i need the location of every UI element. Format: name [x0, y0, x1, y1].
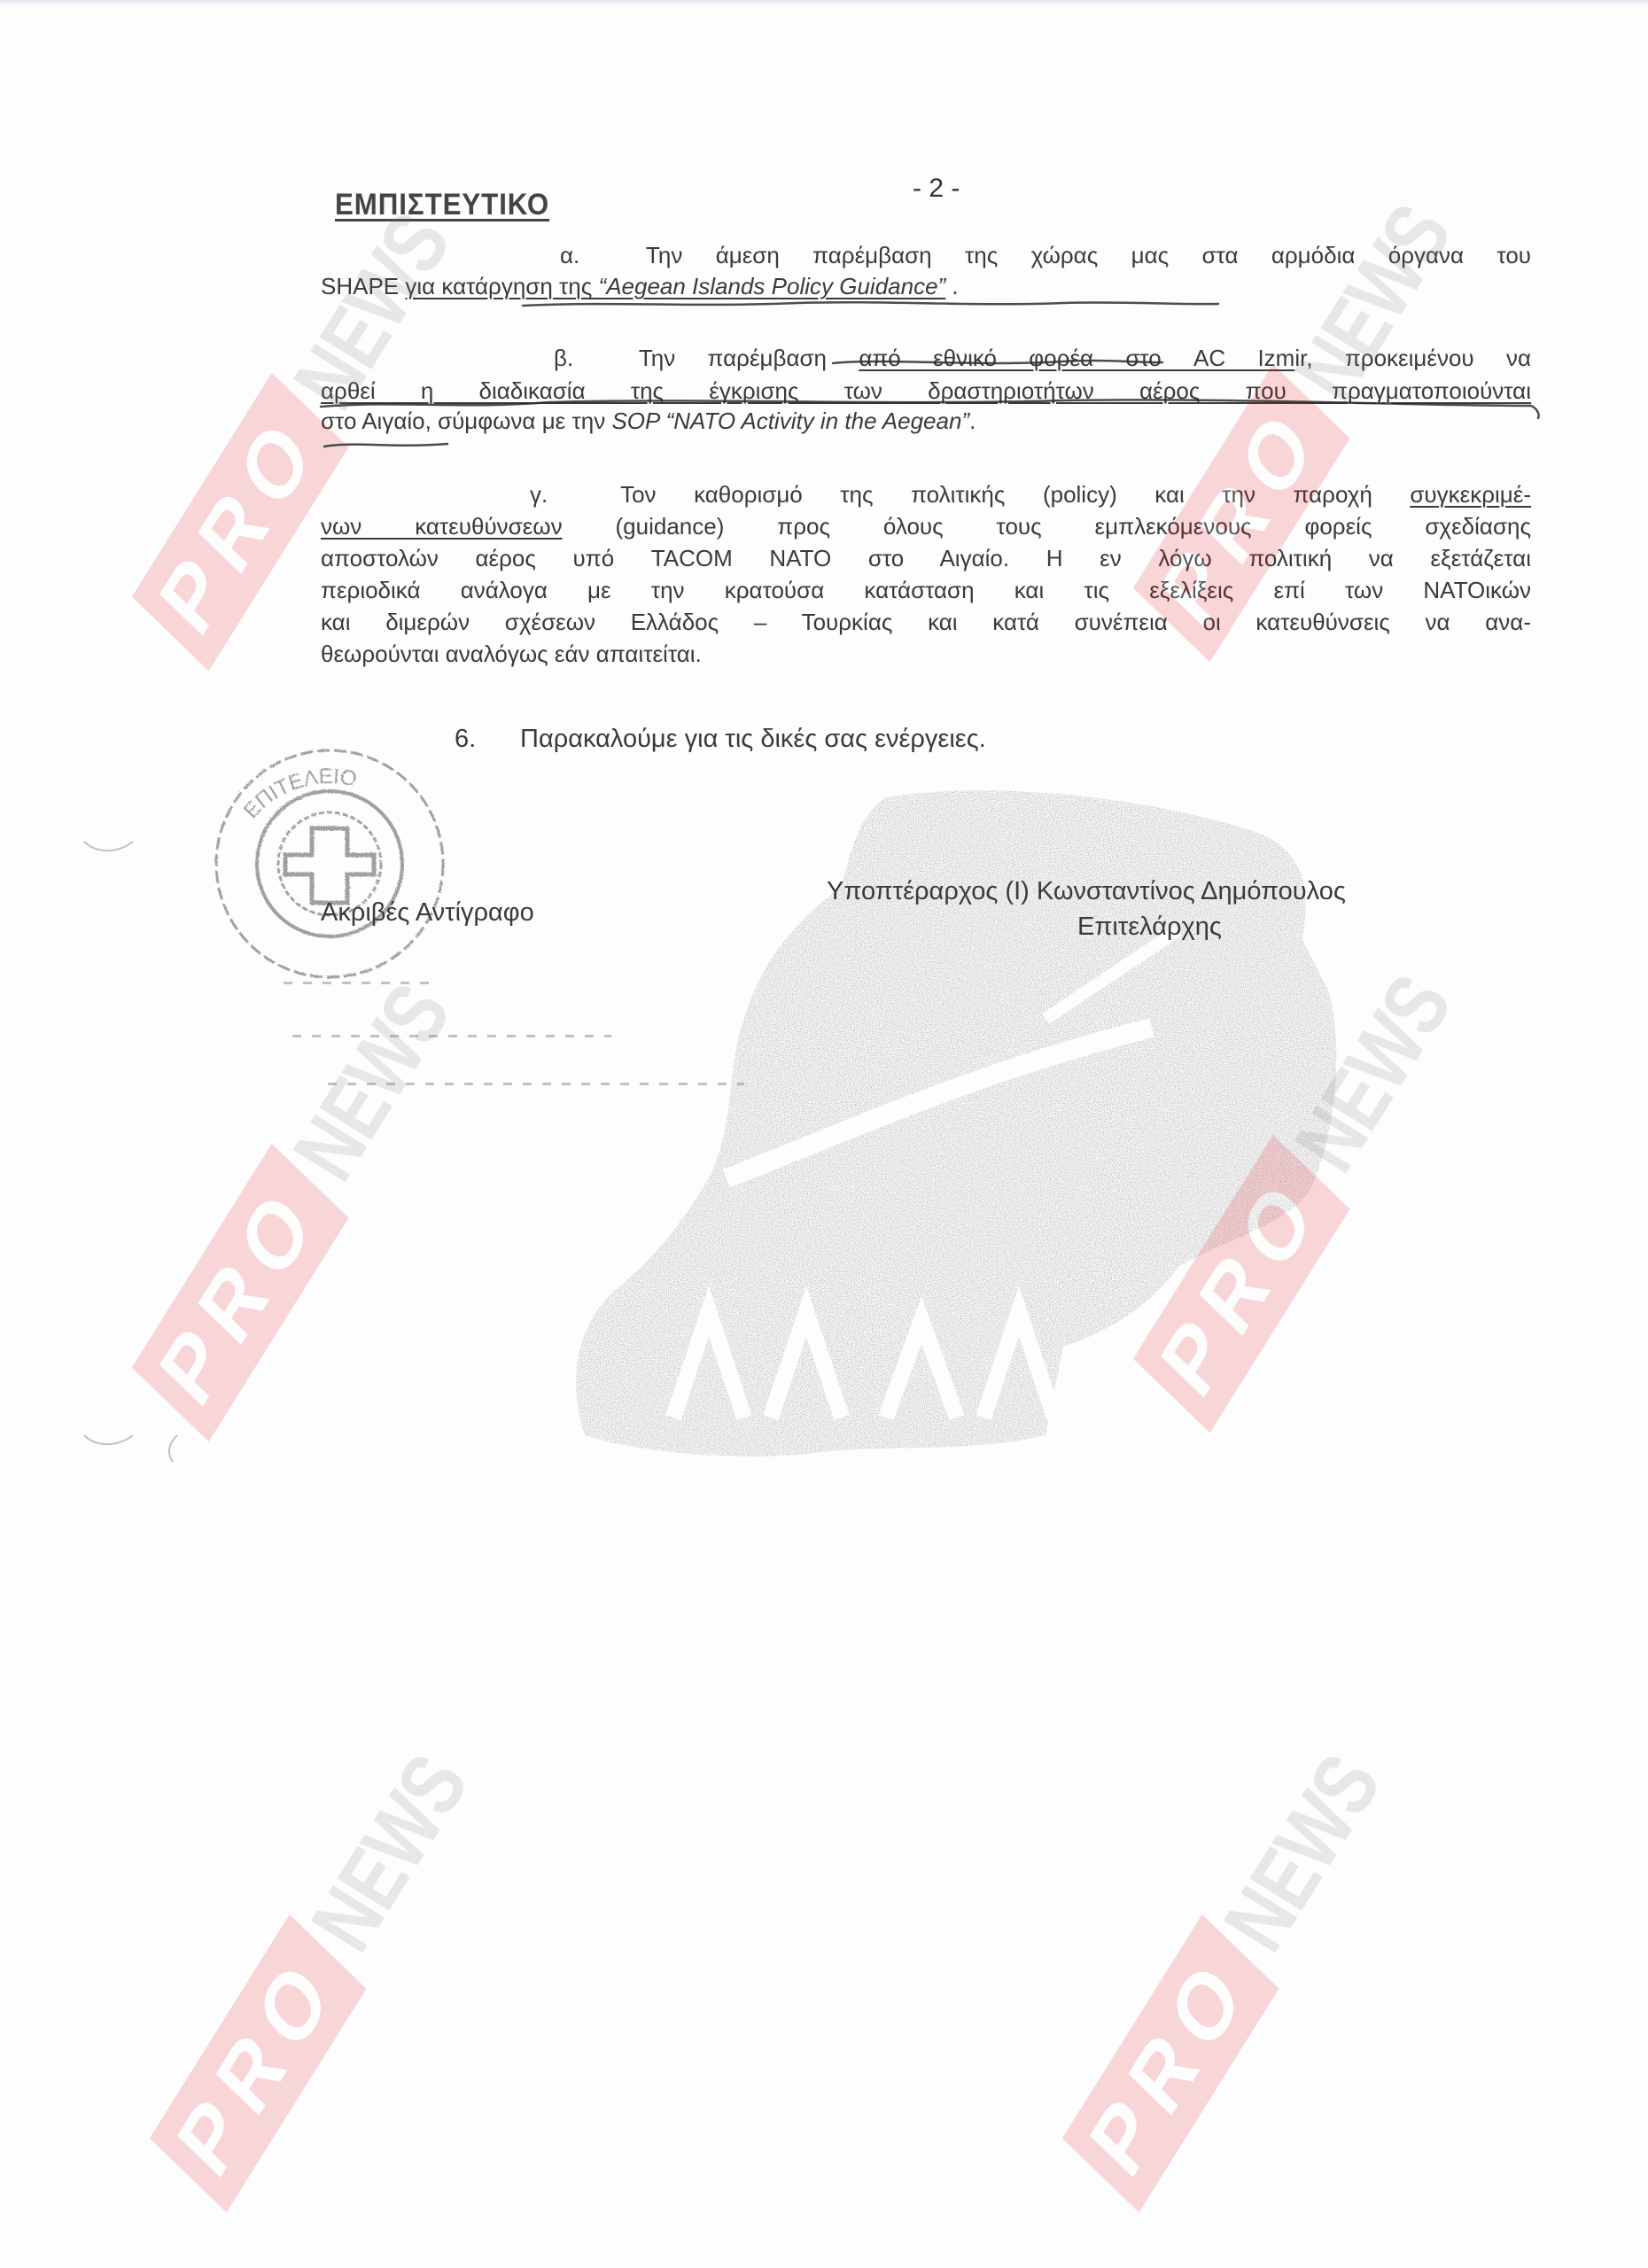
paragraph-gamma-line-6: θεωρούνται αναλόγως εάν απαιτείται.: [321, 638, 1531, 670]
text-span: Την παρέμβαση: [639, 345, 859, 371]
underlined-text: από εθνικό φορέα στο AC Izm: [859, 345, 1294, 371]
signatory-title: Επιτελάρχης: [1077, 913, 1222, 942]
paragraph-beta-marker: β.: [554, 342, 607, 374]
paragraph-gamma-line-2: νων κατευθύνσεων (guidance) προς όλους τ…: [321, 510, 1531, 542]
paragraph-6: 6.Παρακαλούμε για τις δικές σας ενέργειε…: [455, 725, 986, 754]
signatory-name: Υποπτέραρχος (Ι) Κωνσταντίνος Δημόπουλος: [827, 877, 1346, 906]
text-span: .: [945, 273, 958, 299]
policy-title: “Aegean Islands Policy Guidance”: [599, 273, 946, 299]
certified-copy-label: Ακριβές Αντίγραφο: [321, 898, 534, 928]
paragraph-6-text: Παρακαλούμε για τις δικές σας ενέργειες.: [520, 725, 986, 753]
paragraph-gamma-line-3: αποστολών αέρος υπό TACOM NATO στο Αιγαί…: [321, 542, 1531, 574]
paragraph-gamma-line-1: γ. Τον καθορισμό της πολιτικής (policy) …: [530, 478, 1531, 510]
paragraph-alpha-marker: α.: [560, 239, 613, 271]
redacted-line: [284, 982, 434, 984]
underlined-text: νων κατευθύνσεων: [321, 513, 563, 540]
paragraph-gamma-line-5: και διμερών σχέσεων Ελλάδος – Τουρκίας κ…: [321, 606, 1531, 638]
page-number: - 2 -: [913, 174, 960, 204]
paragraph-6-number: 6.: [455, 725, 520, 754]
text-span: .: [969, 408, 976, 434]
paragraph-gamma-marker: γ.: [530, 478, 583, 510]
paragraph-gamma-line-4: περιοδικά ανάλογα με την κρατούσα κατάστ…: [321, 574, 1531, 606]
underlined-text: συγκεκριμέ-: [1410, 481, 1531, 508]
sop-title: SOP “NATO Activity in the Aegean”: [611, 408, 969, 434]
text-span: (guidance) προς όλους τους εμπλεκόμενους…: [563, 513, 1531, 540]
document-page: PRO NEWS PRO NEWS PRO NEWS PRO NEWS PRO …: [0, 0, 1648, 2268]
